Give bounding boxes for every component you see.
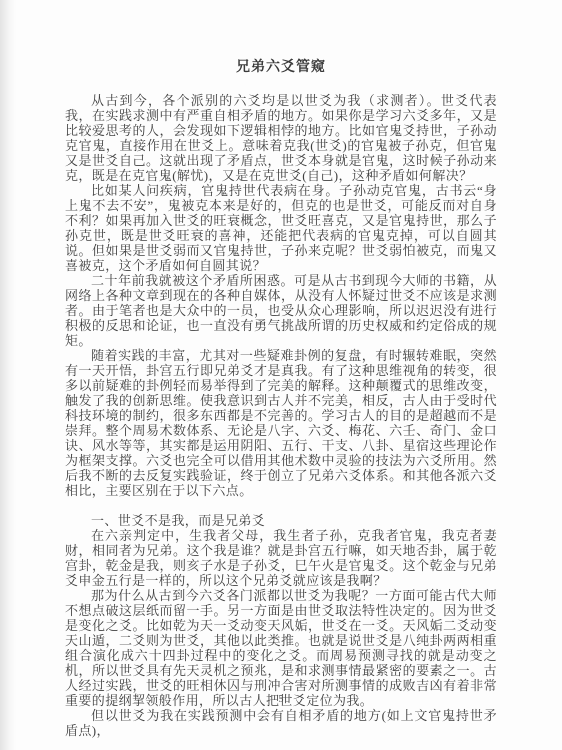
paragraph: 比如某人问疾病，官鬼持世代表病在身。子孙动克官鬼，古书云“身上鬼不去不安”，鬼被…	[65, 183, 497, 273]
paragraph: 随着实践的丰富，尤其对一些疑难卦例的复盘，有时辗转难眠，突然有一天开悟，卦宫五行…	[65, 348, 497, 498]
section-heading: 一、世爻不是我，而是兄弟爻	[65, 513, 497, 528]
paragraph: 但以世爻为我在实践预测中会有自相矛盾的地方(如上文官鬼持世矛盾点)，	[65, 708, 497, 738]
page-edge-shadow	[0, 0, 16, 750]
document-page: 兄弟六爻管窥 从古到今，各个派别的六爻均是以世爻为我（求测者）。世爻代表我，在实…	[0, 0, 562, 750]
paragraph: 从古到今，各个派别的六爻均是以世爻为我（求测者）。世爻代表我，在实践求测中有严重…	[65, 93, 497, 183]
page-number: 5	[65, 694, 497, 705]
paragraph: 那为什么从古到今六爻各门派都以世爻为我呢？一方面可能古代大师不想点破这层纸而留一…	[65, 588, 497, 708]
document-body: 兄弟六爻管窥 从古到今，各个派别的六爻均是以世爻为我（求测者）。世爻代表我，在实…	[65, 56, 497, 738]
paragraph: 在六亲判定中，生我者父母，我生者子孙，克我者官鬼，我克者妻财，相同者为兄弟。这个…	[65, 528, 497, 588]
paragraph: 二十年前我就被这个矛盾所困惑。可是从古书到现今大师的书籍，从网络上各种文章到现在…	[65, 273, 497, 348]
document-title: 兄弟六爻管窥	[65, 56, 497, 76]
